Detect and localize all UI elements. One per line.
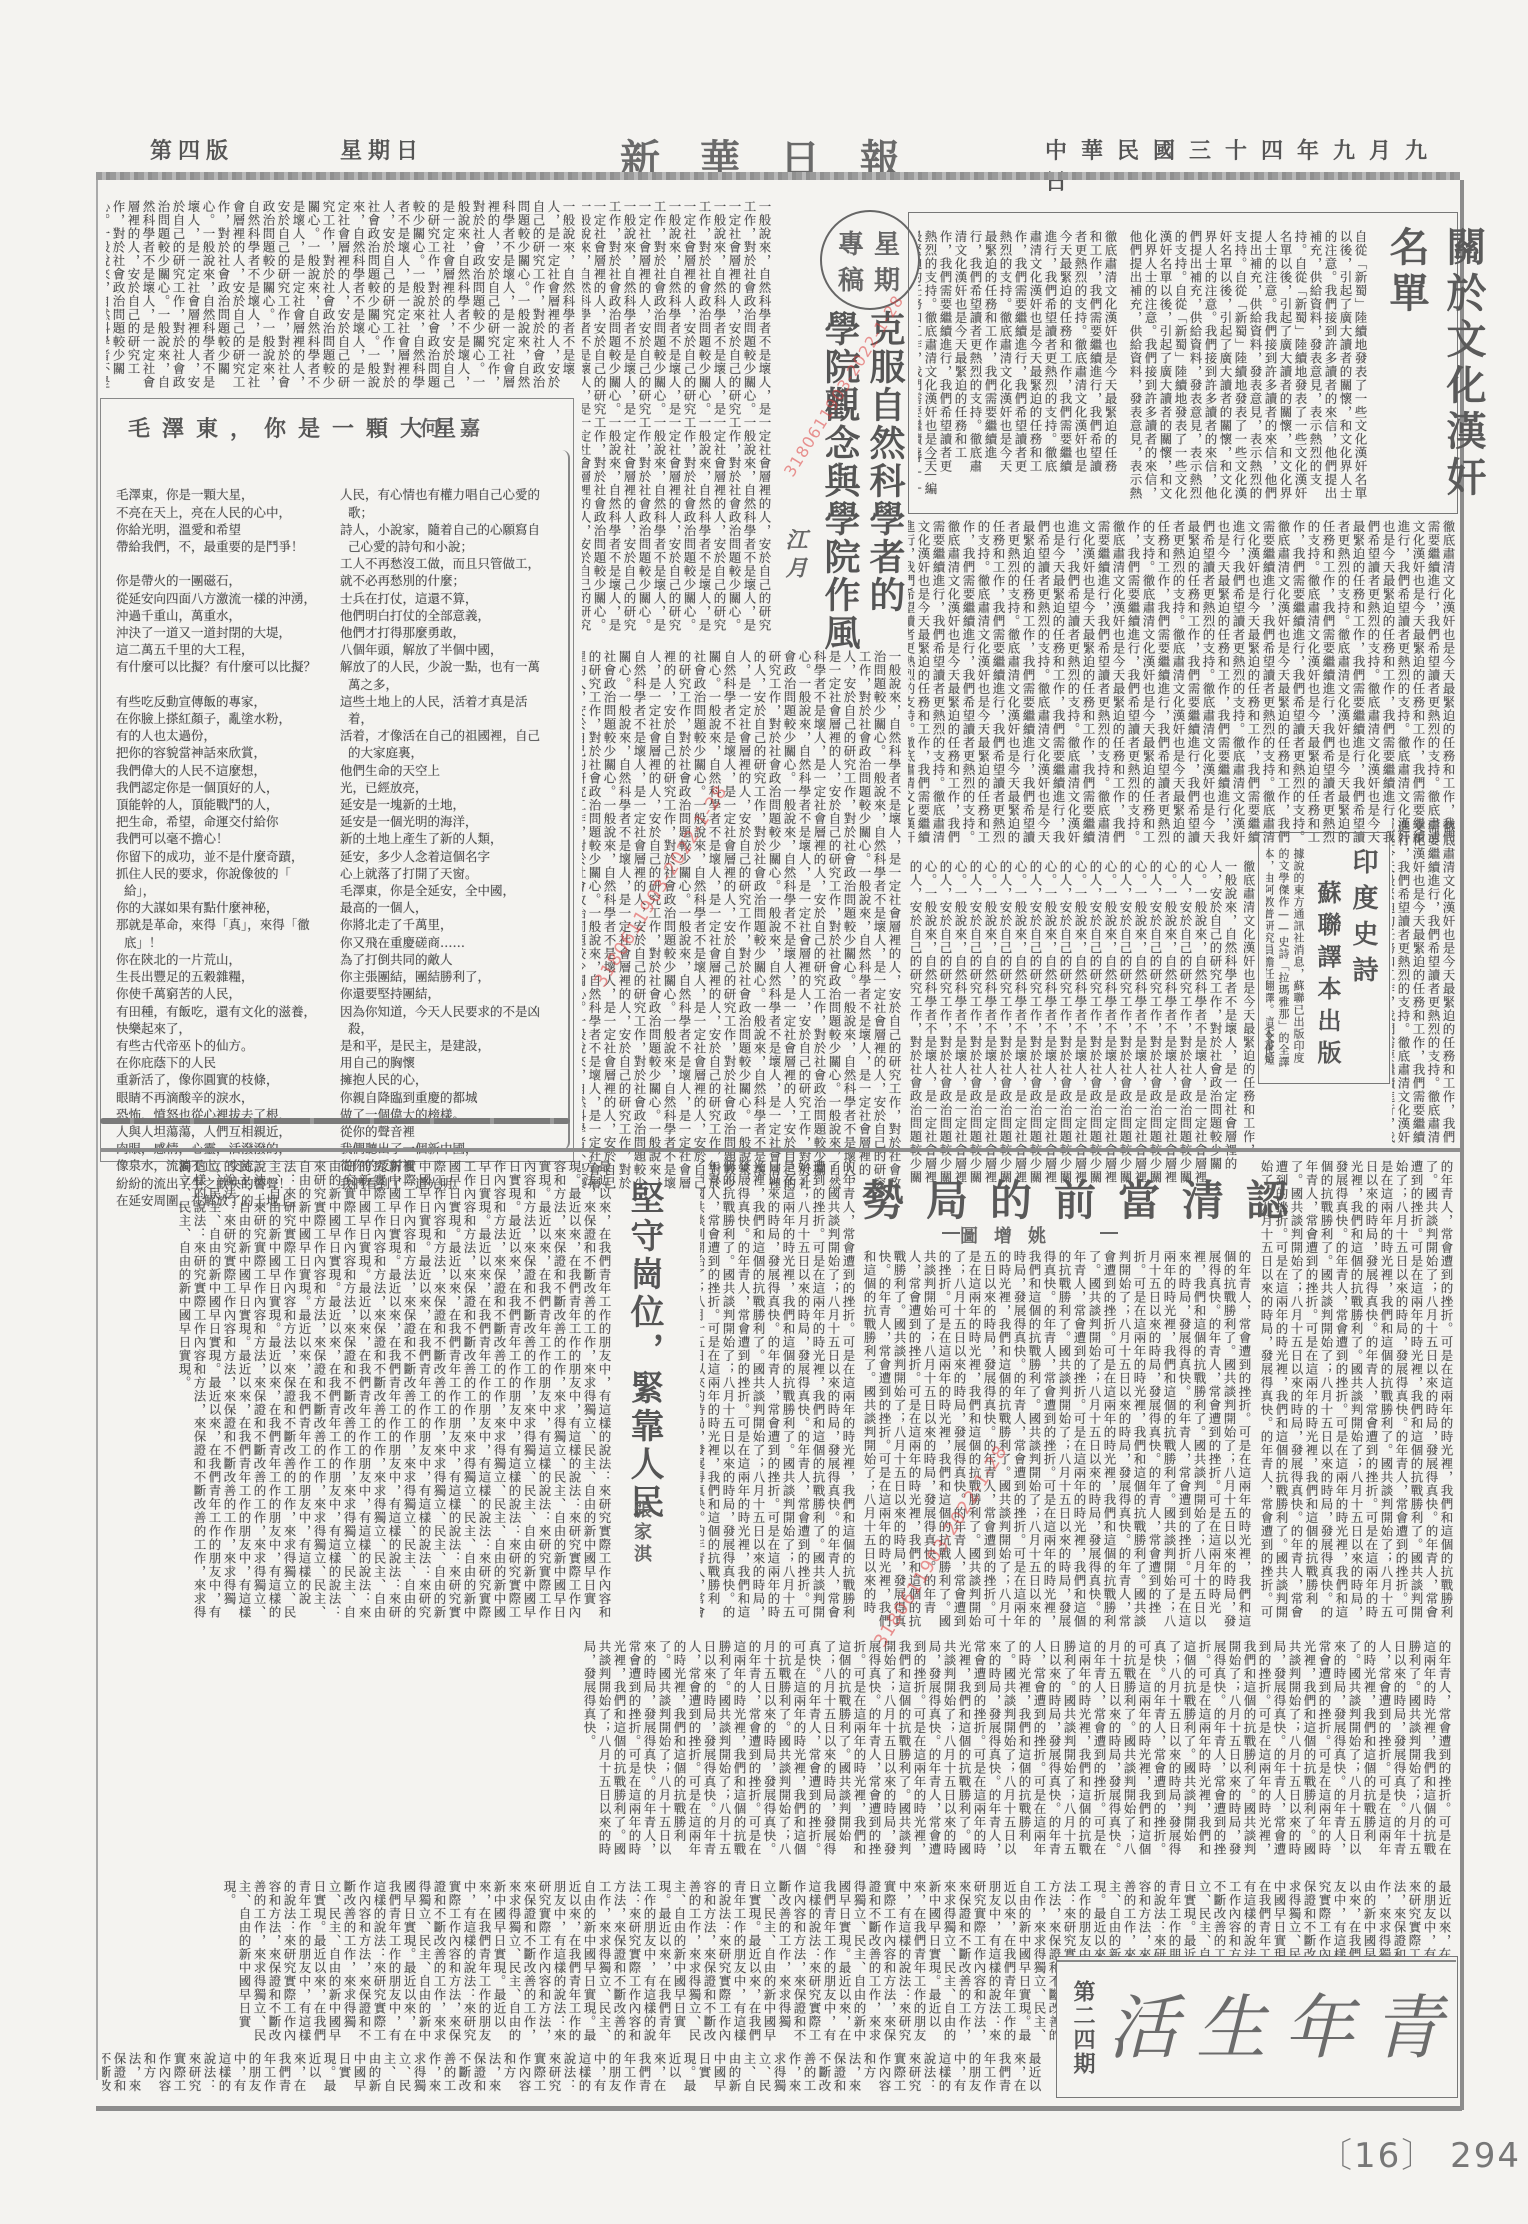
- top-right-lead: 自從「新蜀」陸續地發表了一些文化漢奸名單以後，引起了廣大讀者的關懷，和文化界人士…: [1128, 230, 1368, 500]
- top-right-continuation: 徹底肅清文化漢奸也是今天最緊迫的任務和工作，我們需要繼續進行，我們希望讀者更熱烈…: [908, 520, 1456, 850]
- archive-page-ref: 〔16〕 294: [1318, 2128, 1521, 2177]
- india-headline: 印度史詩: [1345, 848, 1382, 992]
- poem-author: 何嘉: [420, 412, 500, 441]
- weekday-label: 星期日: [340, 134, 424, 165]
- masthead: 第四版 星期日 新華日報 中華民國三十四年九月九日: [100, 128, 1450, 168]
- lower-main-body-2: 的年青人，常會遭到的挫折。可是在這兩年的時光裡，我們和這個的抗戰勝利了。國共談判…: [700, 1160, 856, 1630]
- bottom-border: [96, 2106, 1462, 2111]
- supplement-title: 青年生活: [1108, 1972, 1460, 2073]
- byline-dash-left: [942, 1232, 960, 1234]
- poem-bottom-rule: [100, 1118, 570, 1124]
- issue-date: 中華民國三十四年九月九日: [1045, 134, 1450, 196]
- india-source: （文化短訊）（文化短訊）（文化短訊）（文化短訊）（文化短訊）（文化短訊）（文化短…: [1262, 1020, 1276, 1080]
- narrow-column-text: 徹底肅清文化漢奸也是今天最緊迫的任務和工作，我們需要繼續進行，我們希望讀者更熱烈…: [1244, 860, 1256, 1160]
- lower-left-headline: 堅守崗位，緊靠人民: [620, 1180, 669, 1522]
- poem-left-column: 毛澤東，你是一顆大星，不亮在天上，亮在人民的心中，你給光明，溫愛和希望帶給我們，…: [116, 452, 332, 1226]
- bottom-strip-text: 最近以來，在我們青年工作的朋友中，有這樣的說法：來研究實際工作內容和方法，來保證…: [102, 2052, 1042, 2102]
- top-right-byline: ——編者——編者——編者——編者——編者——編者——編者——編者——編者——編者…: [918, 450, 938, 500]
- lower-main-lead: 的年青人，常會遭到的挫折。可是在這兩年的時光裡，我們和這個的抗戰勝利了。國共談判…: [1258, 1160, 1454, 1630]
- lower-main-headline: 認清當前的局勢: [862, 1168, 1310, 1228]
- byline-dash-right: [1100, 1232, 1118, 1234]
- feature-lead: 一般說來，自然科學者不是壞人，是一定社會層裡的人，安於自己的研究工作，對於社會政…: [582, 200, 772, 640]
- lower-left-author: 張家淇: [628, 1500, 654, 1566]
- page-label: 第四版: [150, 134, 234, 165]
- india-subhead: 蘇聯譯本出版: [1310, 880, 1345, 1072]
- lower-main-byline: 姚增圖: [960, 1222, 1062, 1248]
- top-right-headline: 關於文化漢奸名單: [1378, 226, 1492, 516]
- left-border: [96, 180, 98, 2080]
- supplement-inner-rule: [1056, 1960, 1456, 1962]
- feature-author: 江月: [780, 528, 811, 584]
- lower-left-body: 最近以來，在我們青年工作的朋友中，有這樣的說法：來研究實際工作內容和方法，來保證…: [102, 1160, 612, 1630]
- feature-body-continued: 一般說來，自然科學者不是壞人，是一定社會層裡的人，安於自己的研究工作，對於社會政…: [908, 860, 1238, 1190]
- masthead-rule: [96, 172, 1460, 180]
- weekly-special-stamp: 星 期 專 稿: [820, 210, 920, 310]
- lower-band-1: 的年青人，常會遭到的挫折。可是在這兩年的時光裡，我們和這個的抗戰勝利了。國共談判…: [102, 1640, 1452, 1860]
- poem-brace: [562, 450, 570, 1150]
- section-divider: [100, 1148, 1460, 1152]
- supplement-issue: 第二四期: [1068, 1980, 1099, 2076]
- poem-right-column: 人民，有心情也有權力唱自己心愛的 歌；詩人，小說家，隨着自己的心願寫自 己心愛的…: [340, 452, 562, 1209]
- top-right-body: 徹底肅清文化漢奸也是今天最緊迫的任務和工作，我們需要繼續進行，我們希望讀者更熱烈…: [918, 230, 1118, 480]
- right-column-text: 徹底肅清文化漢奸也是今天最緊迫的任務和工作，我們需要繼續進行，我們希望讀者更熱烈…: [1392, 820, 1456, 1150]
- left-upper-text: 一般說來，自然科學者不是壞人，是一定社會層裡的人，安於自己的研究工作，對於社會政…: [106, 200, 576, 390]
- poem-title: 毛澤東，你是一顆大星: [128, 412, 568, 443]
